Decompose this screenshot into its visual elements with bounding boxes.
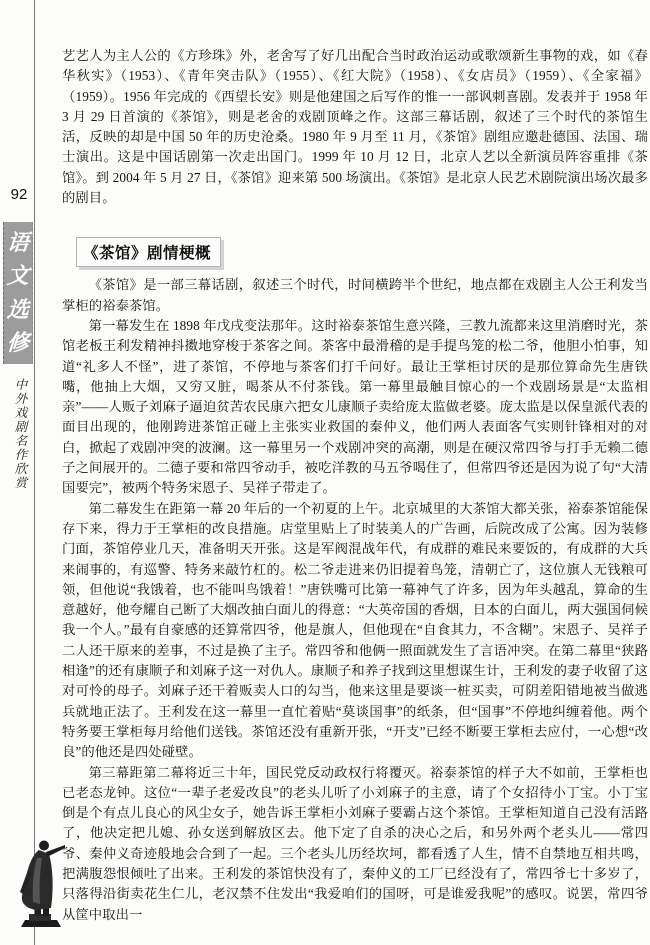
plot-paragraph-act3: 第三幕距第二幕将近三十年，国民党反动政权行将覆灭。裕泰茶馆的样子大不如前，王掌柜… bbox=[62, 763, 648, 925]
series-char-xuan: 选 bbox=[6, 299, 30, 321]
statue-figure-illustration bbox=[13, 838, 67, 930]
plot-paragraph-overview: 《茶馆》是一部三幕话剧，叙述三个时代，时间横跨半个世纪，地点都在戏剧主人公王利发… bbox=[62, 275, 648, 316]
sidebar-vertical-rule bbox=[34, 0, 35, 945]
plot-paragraph-act2: 第二幕发生在距第一幕 20 年后的一个初夏的上午。北京城里的大茶馆大都关张，裕泰… bbox=[62, 499, 648, 763]
series-title-band: 语 文 选 修 bbox=[3, 222, 33, 364]
series-char-xiu: 修 bbox=[6, 332, 30, 354]
intro-paragraph: 艺艺人为主人公的《方珍珠》外，老舍写了好几出配合当时政治运动或歌颂新生事物的戏，… bbox=[62, 46, 648, 208]
book-subtitle-vertical: 中外戏剧名作欣赏 bbox=[11, 378, 29, 500]
main-text-column: 艺艺人为主人公的《方珍珠》外，老舍写了好几出配合当时政治运动或歌颂新生事物的戏，… bbox=[62, 46, 648, 925]
plot-paragraph-act1: 第一幕发生在 1898 年戊戌变法那年。这时裕泰茶馆生意兴隆，三教九流都来这里消… bbox=[62, 316, 648, 499]
section-heading-row: 《茶馆》剧情梗概 bbox=[76, 237, 648, 267]
section-heading: 《茶馆》剧情梗概 bbox=[76, 237, 221, 267]
series-char-yu: 语 bbox=[6, 232, 30, 254]
page-number: 92 bbox=[6, 186, 32, 203]
series-char-wen: 文 bbox=[6, 265, 30, 287]
